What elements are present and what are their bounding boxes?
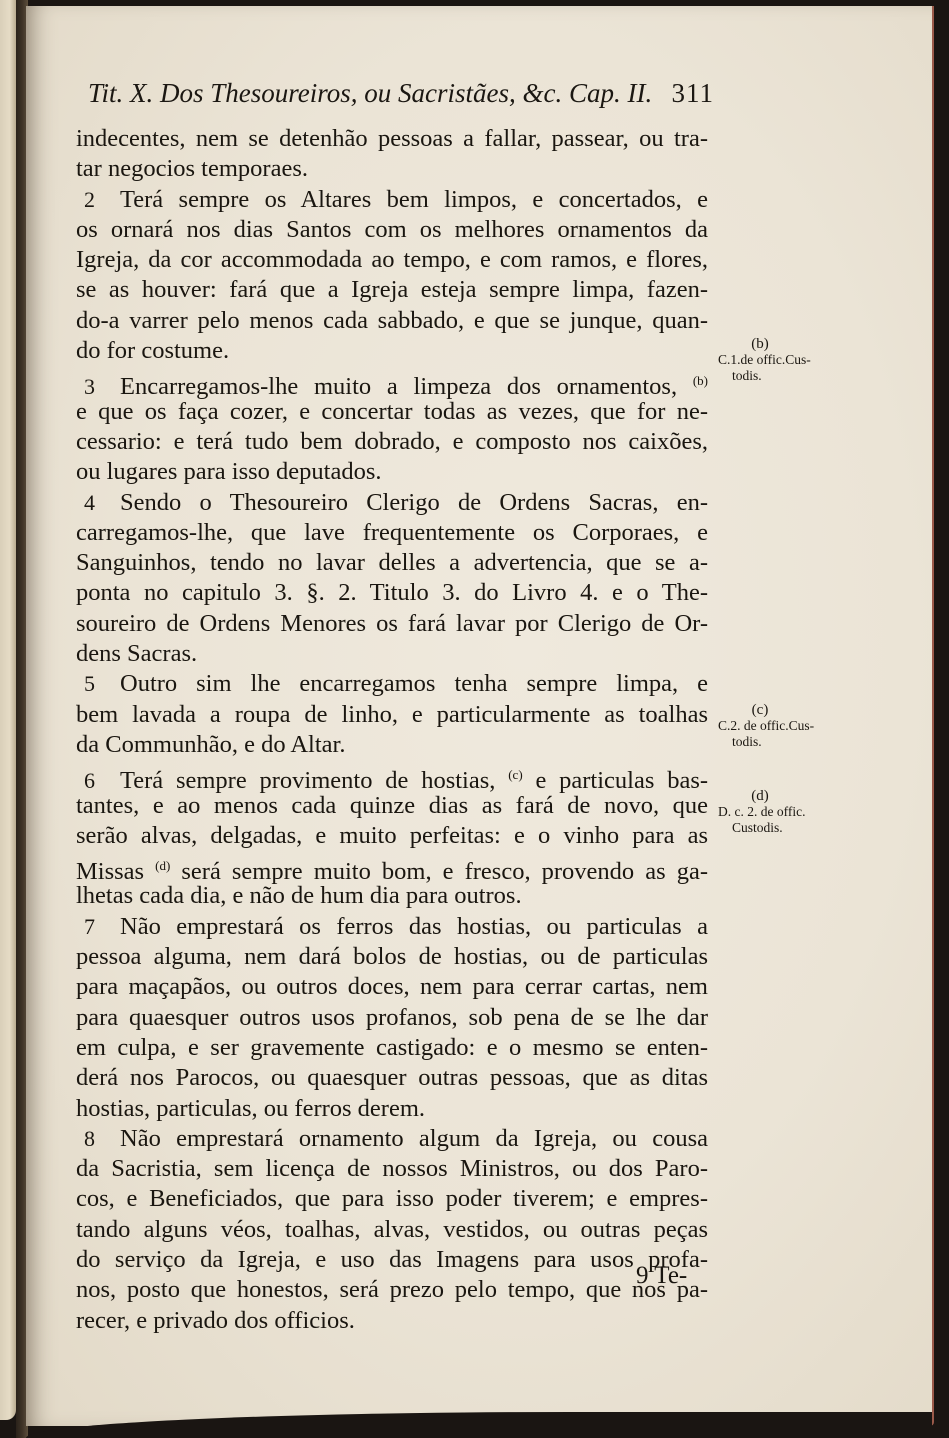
line-text: se as houver: fará que a Igreja esteja s… bbox=[76, 276, 708, 303]
line-text: tando alguns véos, toalhas, alvas, vesti… bbox=[76, 1216, 708, 1243]
note-line: todis. bbox=[718, 734, 838, 750]
note-line: C.1.de offic.Cus- bbox=[718, 352, 838, 368]
footnote-reference: (d) bbox=[155, 858, 170, 873]
text-line: Missas (d) será sempre muito bom, e fres… bbox=[76, 851, 708, 881]
line-text: cos, e Beneficiados, que para isso poder… bbox=[76, 1185, 708, 1212]
text-line: da Sacristia, sem licença de nossos Mini… bbox=[76, 1154, 708, 1184]
text-line: bem lavada a roupa de linho, e particula… bbox=[76, 700, 708, 730]
line-text: e que os faça cozer, e concertar todas a… bbox=[76, 398, 708, 425]
margin-note-d: (d) D. c. 2. de offic. Custodis. bbox=[718, 788, 838, 836]
line-text: cessario: e terá tudo bem dobrado, e com… bbox=[76, 428, 708, 455]
line-text: hostias, particulas, ou ferros derem. bbox=[76, 1095, 425, 1122]
text-line: ou lugares para isso deputados. bbox=[76, 457, 708, 487]
line-text: Igreja, da cor accommodada ao tempo, e c… bbox=[76, 246, 708, 273]
line-text: os ornará nos dias Santos com os melhore… bbox=[76, 216, 708, 243]
line-text: recer, e privado dos officios. bbox=[76, 1307, 355, 1334]
text-line: do serviço da Igreja, e uso das Imagens … bbox=[76, 1245, 708, 1275]
note-line: Custodis. bbox=[718, 820, 838, 836]
text-line: cessario: e terá tudo bem dobrado, e com… bbox=[76, 427, 708, 457]
line-text: do serviço da Igreja, e uso das Imagens … bbox=[76, 1246, 708, 1273]
text-line: 2Terá sempre os Altares bem limpos, e co… bbox=[76, 185, 708, 215]
line-text: lhetas cada dia, e não de hum dia para o… bbox=[76, 882, 522, 909]
text-line: da Communhão, e do Altar. bbox=[76, 730, 708, 760]
text-line: os ornará nos dias Santos com os melhore… bbox=[76, 215, 708, 245]
text-line: tar negocios temporaes. bbox=[76, 154, 708, 184]
footnote-reference: (b) bbox=[693, 373, 708, 388]
main-text-block: indecentes, nem se detenhão pessoas a fa… bbox=[76, 124, 708, 1336]
text-line: Igreja, da cor accommodada ao tempo, e c… bbox=[76, 245, 708, 275]
text-line: carregamos-lhe, que lave frequentemente … bbox=[76, 518, 708, 548]
note-line: todis. bbox=[718, 368, 838, 384]
note-mark: (c) bbox=[718, 702, 802, 718]
text-line: hostias, particulas, ou ferros derem. bbox=[76, 1094, 708, 1124]
line-text: derá nos Parocos, ou quaesquer outras pe… bbox=[76, 1064, 708, 1091]
margin-note-b: (b) C.1.de offic.Cus- todis. bbox=[718, 336, 838, 384]
running-head-title: Tit. X. Dos Thesoureiros, ou Sacristães,… bbox=[88, 78, 652, 108]
facing-page-edge bbox=[0, 0, 16, 1420]
paragraph-number: 7 bbox=[76, 912, 120, 942]
line-text: Sanguinhos, tendo no lavar delles a adve… bbox=[76, 549, 708, 576]
line-text: do for costume. bbox=[76, 337, 229, 364]
text-line: 5Outro sim lhe encarregamos tenha sempre… bbox=[76, 669, 708, 699]
text-line: pessoa alguma, nem dará bolos de hostias… bbox=[76, 942, 708, 972]
text-line: do-a varrer pelo menos cada sabbado, e q… bbox=[76, 306, 708, 336]
line-text: para quaesquer outros usos profanos, sob… bbox=[76, 1004, 708, 1031]
text-line: 3Encarregamos-lhe muito a limpeza dos or… bbox=[76, 366, 708, 396]
note-mark: (b) bbox=[718, 336, 802, 352]
line-text: carregamos-lhe, que lave frequentemente … bbox=[76, 519, 708, 546]
line-text: tantes, e ao menos cada quinze dias as f… bbox=[76, 792, 708, 819]
line-text: Não emprestará os ferros das hostias, ou… bbox=[120, 913, 708, 940]
line-text: nos, posto que honestos, será prezo pelo… bbox=[76, 1276, 708, 1303]
text-line: 4Sendo o Thesoureiro Clerigo de Ordens S… bbox=[76, 488, 708, 518]
line-text: em culpa, e ser gravemente castigado: e … bbox=[76, 1034, 708, 1061]
line-text: Outro sim lhe encarregamos tenha sempre … bbox=[120, 670, 708, 697]
line-text: da Sacristia, sem licença de nossos Mini… bbox=[76, 1155, 708, 1182]
text-line: em culpa, e ser gravemente castigado: e … bbox=[76, 1033, 708, 1063]
text-line: 8Não emprestará ornamento algum da Igrej… bbox=[76, 1124, 708, 1154]
text-line: cos, e Beneficiados, que para isso poder… bbox=[76, 1184, 708, 1214]
catchword: 9 Te- bbox=[636, 1262, 687, 1290]
line-text: Terá sempre os Altares bem limpos, e con… bbox=[120, 186, 708, 213]
line-text: indecentes, nem se detenhão pessoas a fa… bbox=[76, 125, 708, 152]
text-line: serão alvas, delgadas, e muito perfeitas… bbox=[76, 821, 708, 851]
line-text: tar negocios temporaes. bbox=[76, 155, 308, 182]
page-number: 311 bbox=[672, 78, 715, 109]
text-line: 6Terá sempre provimento de hostias, (c) … bbox=[76, 760, 708, 790]
margin-note-c: (c) C.2. de offic.Cus- todis. bbox=[718, 702, 838, 750]
running-head: Tit. X. Dos Thesoureiros, ou Sacristães,… bbox=[88, 78, 714, 109]
paragraph-number: 4 bbox=[76, 488, 120, 518]
text-line: indecentes, nem se detenhão pessoas a fa… bbox=[76, 124, 708, 154]
text-line: do for costume. bbox=[76, 336, 708, 366]
line-text: bem lavada a roupa de linho, e particula… bbox=[76, 701, 708, 728]
note-line: C.2. de offic.Cus- bbox=[718, 718, 838, 734]
text-line: ponta no capitulo 3. §. 2. Titulo 3. do … bbox=[76, 578, 708, 608]
paragraph-number: 8 bbox=[76, 1124, 120, 1154]
note-line: D. c. 2. de offic. bbox=[718, 804, 838, 820]
text-line: lhetas cada dia, e não de hum dia para o… bbox=[76, 881, 708, 911]
line-text: ou lugares para isso deputados. bbox=[76, 458, 382, 485]
footnote-reference: (c) bbox=[508, 767, 522, 782]
paragraph-number: 2 bbox=[76, 185, 120, 215]
text-line: soureiro de Ordens Menores os fará lavar… bbox=[76, 609, 708, 639]
text-line: derá nos Parocos, ou quaesquer outras pe… bbox=[76, 1063, 708, 1093]
text-line: e que os faça cozer, e concertar todas a… bbox=[76, 397, 708, 427]
text-line: tantes, e ao menos cada quinze dias as f… bbox=[76, 791, 708, 821]
line-text: serão alvas, delgadas, e muito perfeitas… bbox=[76, 822, 708, 849]
line-text: Sendo o Thesoureiro Clerigo de Ordens Sa… bbox=[120, 489, 708, 516]
text-line: recer, e privado dos officios. bbox=[76, 1306, 708, 1336]
paragraph-number: 5 bbox=[76, 669, 120, 699]
text-line: nos, posto que honestos, será prezo pelo… bbox=[76, 1275, 708, 1305]
text-line: tando alguns véos, toalhas, alvas, vesti… bbox=[76, 1215, 708, 1245]
text-line: para maçapãos, ou outros doces, nem para… bbox=[76, 972, 708, 1002]
line-text: soureiro de Ordens Menores os fará lavar… bbox=[76, 610, 708, 637]
line-text: ponta no capitulo 3. §. 2. Titulo 3. do … bbox=[76, 579, 708, 606]
line-text: Não emprestará ornamento algum da Igreja… bbox=[120, 1125, 708, 1152]
text-line: dens Sacras. bbox=[76, 639, 708, 669]
line-text: dens Sacras. bbox=[76, 640, 197, 667]
text-line: Sanguinhos, tendo no lavar delles a adve… bbox=[76, 548, 708, 578]
line-text: pessoa alguma, nem dará bolos de hostias… bbox=[76, 943, 708, 970]
line-text: para maçapãos, ou outros doces, nem para… bbox=[76, 973, 708, 1000]
text-line: se as houver: fará que a Igreja esteja s… bbox=[76, 275, 708, 305]
line-text: da Communhão, e do Altar. bbox=[76, 731, 345, 758]
line-text: do-a varrer pelo menos cada sabbado, e q… bbox=[76, 307, 708, 334]
text-line: para quaesquer outros usos profanos, sob… bbox=[76, 1003, 708, 1033]
note-mark: (d) bbox=[718, 788, 802, 804]
text-line: 7Não emprestará os ferros das hostias, o… bbox=[76, 912, 708, 942]
